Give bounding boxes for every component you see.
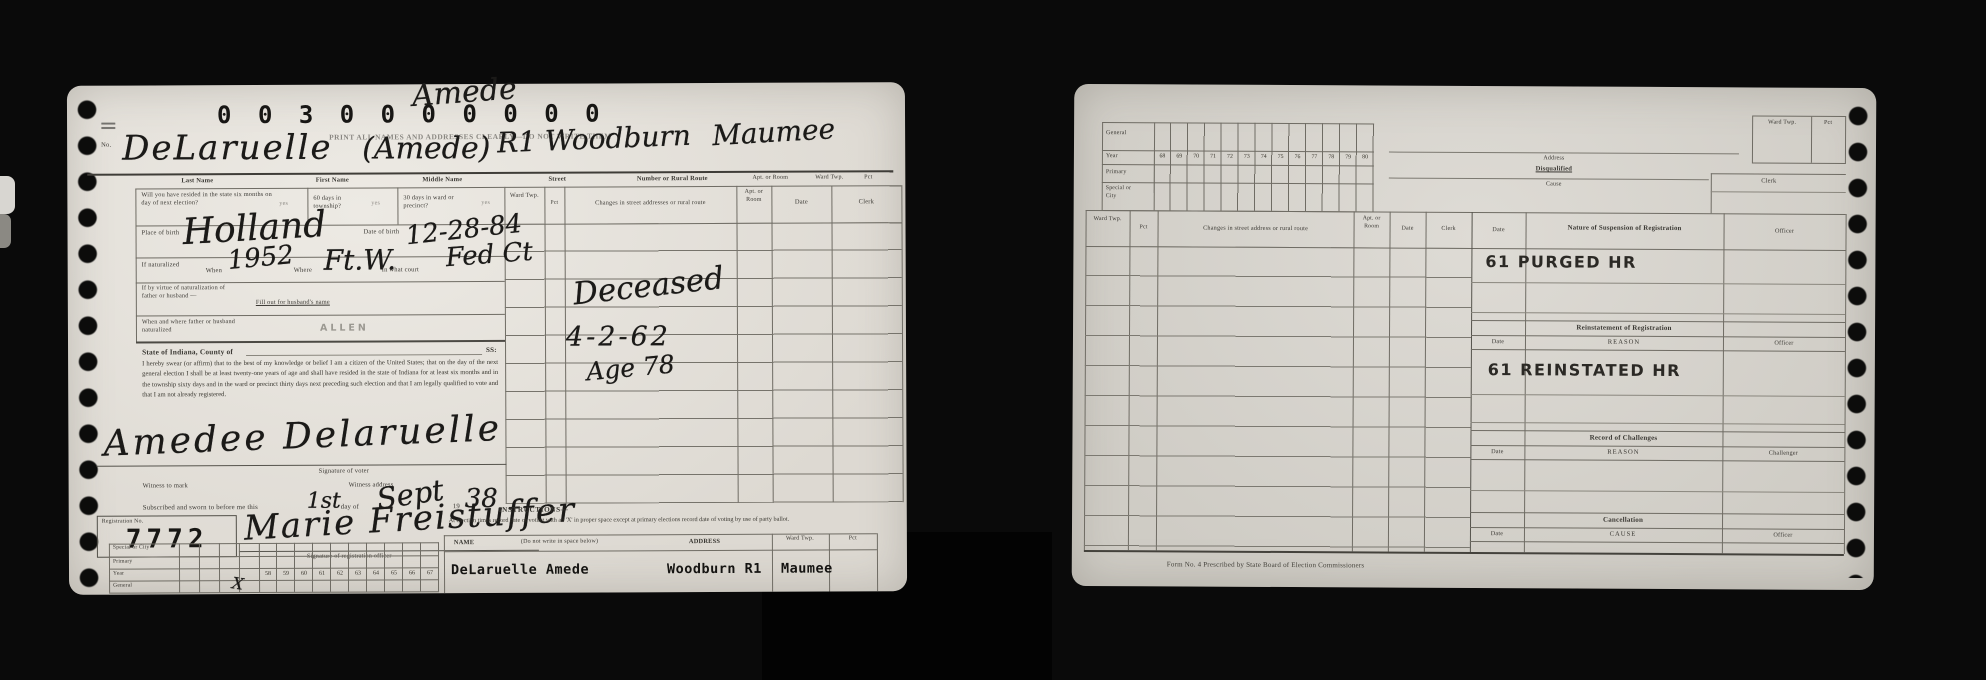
col-pct: Pct — [1130, 224, 1158, 232]
label-when: When — [206, 267, 222, 276]
vote-years: 58596061626364656667 — [259, 570, 439, 577]
no-label: No. — [101, 142, 111, 150]
label-place-of-birth: Place of birth — [142, 229, 182, 238]
grid-line — [1711, 191, 1846, 193]
year-cell: 80 — [1357, 154, 1374, 160]
hw-last-name: DeLaruelle — [122, 131, 333, 166]
label-sworn: Subscribed and sworn to before me this — [143, 504, 258, 513]
challenges-challenger-header: Challenger — [1722, 449, 1844, 458]
disqualified-label: Disqualified — [1514, 165, 1594, 174]
year-column-lines — [1154, 122, 1374, 211]
typed-ward: Maumee — [781, 560, 833, 576]
year-cell: 72 — [1221, 154, 1238, 160]
suspension-officer-header: Officer — [1724, 227, 1846, 236]
grid-line — [179, 543, 180, 592]
challenges-date-header: Date — [1470, 448, 1524, 456]
grid-line — [1722, 213, 1725, 553]
suspension-date-header: Date — [1472, 226, 1526, 234]
col-changes: Changes in street address or rural route — [1162, 224, 1350, 233]
grid-line — [1471, 394, 1845, 397]
hw-address-town: Maumee — [711, 115, 835, 150]
year-cell: 67 — [421, 570, 439, 576]
year-cell: 73 — [1238, 154, 1255, 160]
label-middle-name: Middle Name — [387, 176, 497, 185]
year-cell: 65 — [385, 570, 403, 576]
vote-row-special: Special or City — [1106, 185, 1142, 200]
year-cell: 74 — [1255, 154, 1272, 160]
record-note: (Do not write in space below) — [521, 539, 598, 547]
address-label: Address — [1514, 155, 1594, 163]
year-cell: 66 — [403, 570, 421, 576]
cause-label: Cause — [1514, 181, 1594, 189]
label-court: In what court — [382, 266, 419, 275]
grid-line — [1811, 117, 1812, 163]
year-cell: 79 — [1340, 154, 1357, 160]
label-signature-of-voter: Signature of voter — [319, 468, 370, 477]
year-cell: 78 — [1323, 154, 1340, 160]
vote-row-special: Special or City — [113, 544, 161, 551]
hw-naturalized-court: Fed Ct — [445, 239, 534, 271]
year-cell: 69 — [1171, 153, 1188, 159]
hw-naturalized-when: 1952 — [227, 242, 295, 274]
hw-top-name: Amede — [411, 74, 518, 112]
instructions-body: At election times record date of voting … — [449, 515, 819, 526]
col-date: Date — [771, 198, 831, 207]
punch-holes-right — [1842, 98, 1873, 578]
year-column-lines — [259, 542, 440, 592]
grid-line — [135, 189, 137, 342]
grid-line — [1086, 210, 1846, 215]
no-check-mark: = — [99, 116, 118, 138]
label-apt-room: Apt. or Room — [739, 175, 801, 183]
record-pct-header: Pct — [831, 535, 875, 543]
q-ward-yes: yes — [481, 200, 490, 208]
year-cell: 62 — [331, 571, 349, 577]
col-ward-twp: Ward Twp. — [1087, 216, 1129, 224]
film-tab — [0, 176, 15, 214]
year-cell: 58 — [259, 571, 277, 577]
col-clerk: Clerk — [1426, 226, 1472, 234]
grid-line — [1711, 173, 1712, 213]
year-cell: 59 — [277, 571, 295, 577]
grid-line — [136, 340, 505, 343]
vote-row-primary: Primary — [113, 559, 132, 566]
grid-line — [444, 535, 445, 593]
registration-stamp-number: 0 0 3 0 0 0 0 0 0 0 — [217, 101, 606, 127]
grid-line — [1470, 490, 1844, 493]
hw-deceased-date: 4-2-62 — [566, 323, 671, 350]
ward-pct-box: Ward Twp. Pct — [1752, 115, 1846, 163]
grid-line — [136, 281, 505, 284]
form-footer: Form No. 4 Prescribed by State Board of … — [1167, 560, 1365, 570]
year-cell: 68 — [1154, 153, 1171, 159]
hw-middle-name: (Amede) — [362, 134, 490, 165]
grid-line — [136, 314, 505, 317]
grid-line — [1471, 422, 1845, 425]
grid-line — [1102, 122, 1103, 210]
label-virtue: If by virtue of naturalization of father… — [142, 284, 242, 301]
microfilm-scan: { "left_card": { "no_label": "No.", "sta… — [0, 0, 1986, 680]
film-tab-lower — [0, 214, 11, 248]
challenges-title: Record of Challenges — [1524, 433, 1722, 443]
year-cell: 71 — [1205, 154, 1222, 160]
instructions-title: INSTRUCTIONS— — [499, 506, 569, 516]
q-ward: 30 days in ward or precinct? — [403, 194, 467, 211]
record-ward-header: Ward Twp. — [773, 536, 827, 544]
hw-voter-signature: Amedee Delaruelle — [103, 411, 503, 463]
year-cell: 61 — [313, 571, 331, 577]
cancellation-date-header: Date — [1470, 530, 1524, 538]
affidavit-body: I hereby swear (or affirm) that to the b… — [142, 358, 498, 401]
q-residency: Will you have resided in the state six m… — [141, 191, 273, 208]
label-date-of-birth: Date of birth — [364, 228, 402, 237]
label-witness-to-mark: Witness to mark — [143, 482, 188, 491]
pct-label: Pct — [1813, 120, 1843, 128]
clerk-label: Clerk — [1734, 177, 1804, 186]
year-cell: 70 — [1188, 153, 1205, 159]
affidavit-blank-line — [246, 354, 482, 356]
grid-line — [109, 544, 110, 593]
vote-row-year: Year — [1106, 153, 1118, 161]
typed-address: Woodburn R1 — [667, 561, 762, 577]
grid-line — [1471, 282, 1845, 285]
typed-name: DeLaruelle Amede — [451, 562, 589, 579]
grid-line — [1471, 312, 1845, 315]
year-cell: 77 — [1306, 154, 1323, 160]
reinstatement-reason-header: REASON — [1525, 338, 1723, 348]
label-pct: Pct — [853, 174, 883, 182]
label-number-rural-route: Number or Rural Route — [597, 175, 747, 184]
reinstatement-date-header: Date — [1471, 338, 1525, 346]
record-address-header: ADDRESS — [689, 538, 720, 546]
grid-line — [219, 543, 220, 592]
year-cell: 63 — [349, 571, 367, 577]
hw-vote-x-mark: X — [231, 575, 245, 593]
grid-line — [1471, 349, 1845, 352]
affidavit-ss: SS: — [486, 346, 497, 355]
right-card: General Year Primary Special or City 686… — [1072, 84, 1877, 590]
signature-rule — [97, 464, 507, 467]
reinstatement-title: Reinstatement of Registration — [1525, 323, 1723, 333]
name-rule — [1389, 152, 1739, 155]
vote-years: 68697071727374757677787980 — [1154, 153, 1374, 160]
col-clerk: Clerk — [831, 198, 901, 207]
reinstated-stamp: 61 REINSTATED HR — [1488, 362, 1681, 379]
left-card: = No. 0 0 3 0 0 0 0 0 0 0 PRINT ALL NAME… — [67, 82, 907, 595]
affidavit-heading: State of Indiana, County of — [142, 347, 233, 357]
label-street: Street — [517, 176, 597, 185]
label-naturalized: If naturalized — [142, 261, 186, 270]
cancellation-title: Cancellation — [1524, 515, 1722, 525]
table-row-lines — [1084, 246, 1472, 553]
label-ward-twp: Ward Twp. — [807, 174, 851, 182]
reinstatement-officer-header: Officer — [1723, 339, 1845, 348]
year-cell: 60 — [295, 571, 313, 577]
col-date: Date — [1390, 226, 1426, 234]
cancellation-cause-header: CAUSE — [1524, 530, 1722, 540]
vote-row-primary: Primary — [1106, 169, 1127, 177]
label-virtue-note: Fill out for husband's name — [256, 299, 330, 307]
hw-deceased-age: Age 78 — [585, 351, 676, 384]
col-apt-room: Apt. or Room — [1355, 215, 1389, 230]
county-stamp: ALLEN — [320, 324, 369, 334]
vote-row-general: General — [1106, 130, 1126, 138]
grid-line — [135, 187, 504, 190]
label-father-naturalized: When and where father or husband natural… — [142, 318, 252, 335]
challenges-reason-header: REASON — [1524, 448, 1722, 458]
label-first-name: First Name — [277, 176, 387, 185]
hw-address-street: R1 Woodburn — [497, 122, 692, 158]
ward-label: Ward Twp. — [1755, 119, 1809, 127]
label-last-name: Last Name — [142, 177, 252, 186]
year-cell: 75 — [1272, 154, 1289, 160]
grid-line — [397, 187, 398, 224]
year-cell: 64 — [367, 570, 385, 576]
year-cell: 76 — [1289, 154, 1306, 160]
grid-line — [1470, 541, 1844, 544]
grid-line — [199, 543, 200, 592]
col-ward-twp: Ward Twp. — [505, 192, 543, 200]
label-where: Where — [294, 267, 312, 276]
vote-row-general: General — [113, 583, 132, 590]
grid-line — [1711, 173, 1846, 175]
col-apt-room: Apt. or Room — [737, 189, 770, 205]
col-changes: Changes in street addresses or rural rou… — [567, 199, 733, 208]
vote-row-year: Year — [113, 571, 124, 578]
grid-line — [877, 533, 878, 591]
cancellation-officer-header: Officer — [1722, 531, 1844, 540]
suspension-title: Nature of Suspension of Registration — [1526, 224, 1724, 234]
col-pct: Pct — [544, 200, 564, 207]
q-township-yes: yes — [371, 200, 380, 208]
grid-line — [1470, 459, 1844, 462]
record-name-header: NAME — [454, 539, 474, 547]
purged-stamp: 61 PURGED HR — [1485, 254, 1637, 271]
cause-rule — [1389, 178, 1709, 181]
